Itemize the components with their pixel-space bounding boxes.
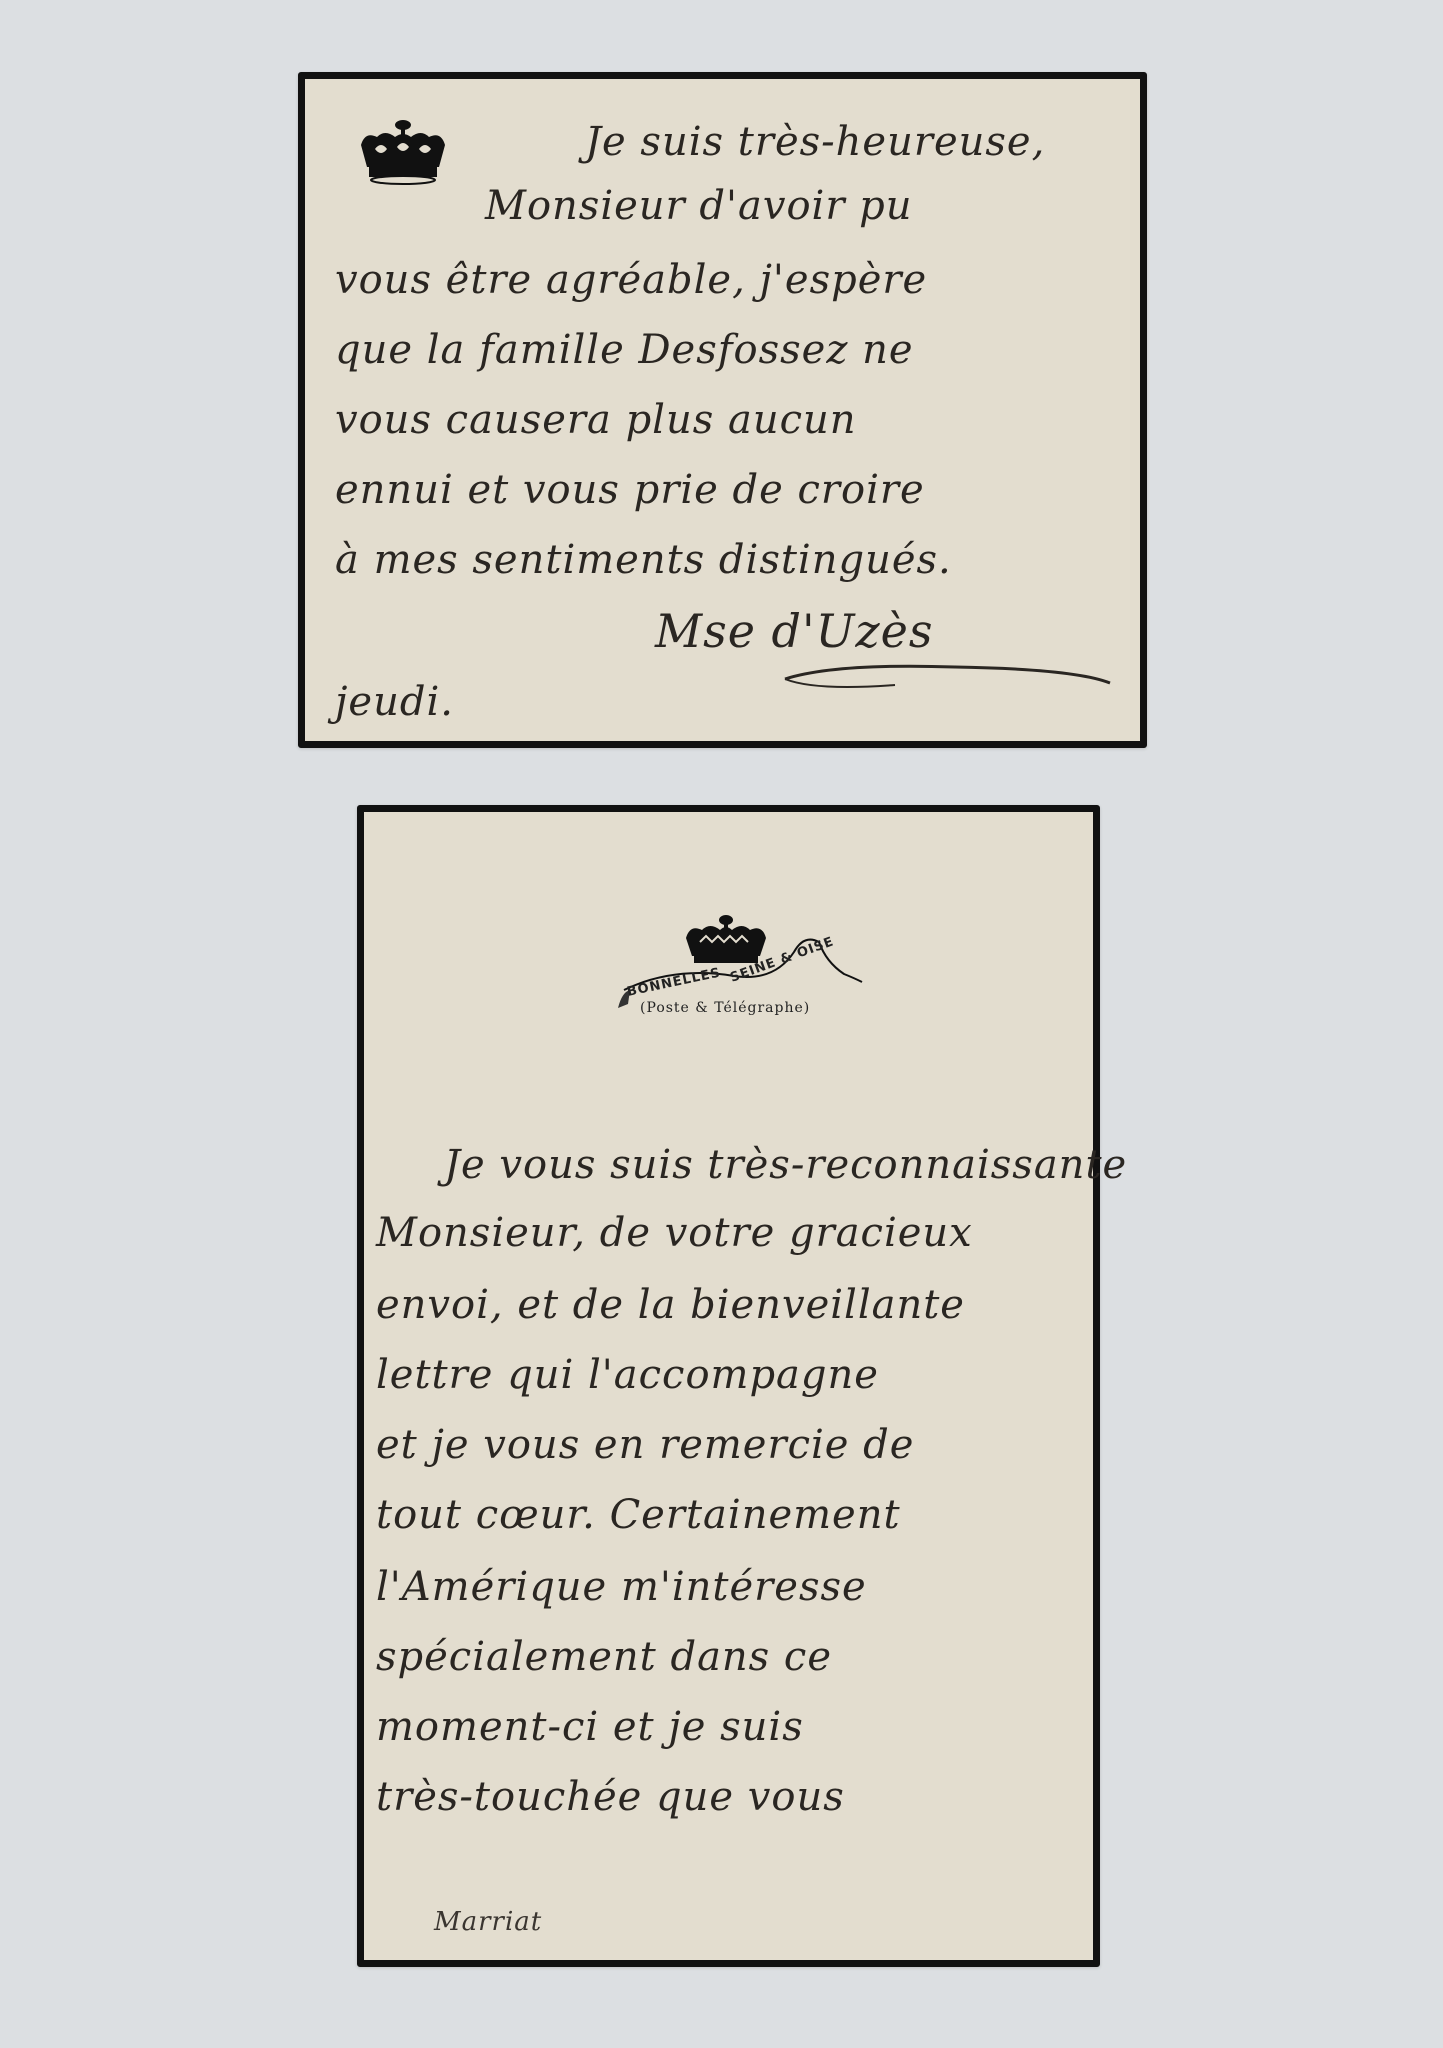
margin-note: Marriat [434, 1907, 542, 1937]
date-note: jeudi. [335, 679, 454, 725]
letter-line: Monsieur d'avoir pu [485, 183, 913, 229]
signature-flourish [775, 657, 1115, 697]
letter-line: vous être agréable, j'espère [335, 257, 927, 303]
signature: Mse d'Uzès [655, 604, 933, 658]
letterhead: BONNELLES SEINE & OISE (Poste & Télégrap… [614, 912, 874, 1022]
letter-line: tout cœur. Certainement [376, 1492, 901, 1538]
letter-card-bottom: BONNELLES SEINE & OISE (Poste & Télégrap… [357, 805, 1100, 1967]
letter-line: très-touchée que vous [376, 1774, 845, 1820]
letter-line: Je vous suis très-reconnaissante [444, 1142, 1127, 1188]
letter-line: envoi, et de la bienveillante [376, 1282, 965, 1328]
letter-line: lettre qui l'accompagne [376, 1352, 879, 1398]
ribbon-left-text: BONNELLES [626, 965, 722, 1000]
letter-card-top: Je suis très-heureuse, Monsieur d'avoir … [298, 72, 1147, 748]
letter-line: Je suis très-heureuse, [585, 119, 1045, 165]
letter-line: ennui et vous prie de croire [335, 467, 925, 513]
letterhead-subtitle: (Poste & Télégraphe) [640, 1000, 810, 1016]
letter-line: à mes sentiments distingués. [335, 537, 952, 583]
crown-icon: BONNELLES SEINE & OISE (Poste & Télégrap… [614, 912, 874, 1022]
letter-line: l'Amérique m'intéresse [376, 1564, 867, 1610]
letter-line: vous causera plus aucun [335, 397, 857, 443]
letter-line: que la famille Desfossez ne [335, 327, 914, 373]
letter-line: Monsieur, de votre gracieux [376, 1210, 973, 1256]
letter-line: spécialement dans ce [376, 1634, 832, 1680]
letter-line: et je vous en remercie de [376, 1422, 914, 1468]
letter-line: moment-ci et je suis [376, 1704, 804, 1750]
crown-icon [355, 117, 451, 189]
